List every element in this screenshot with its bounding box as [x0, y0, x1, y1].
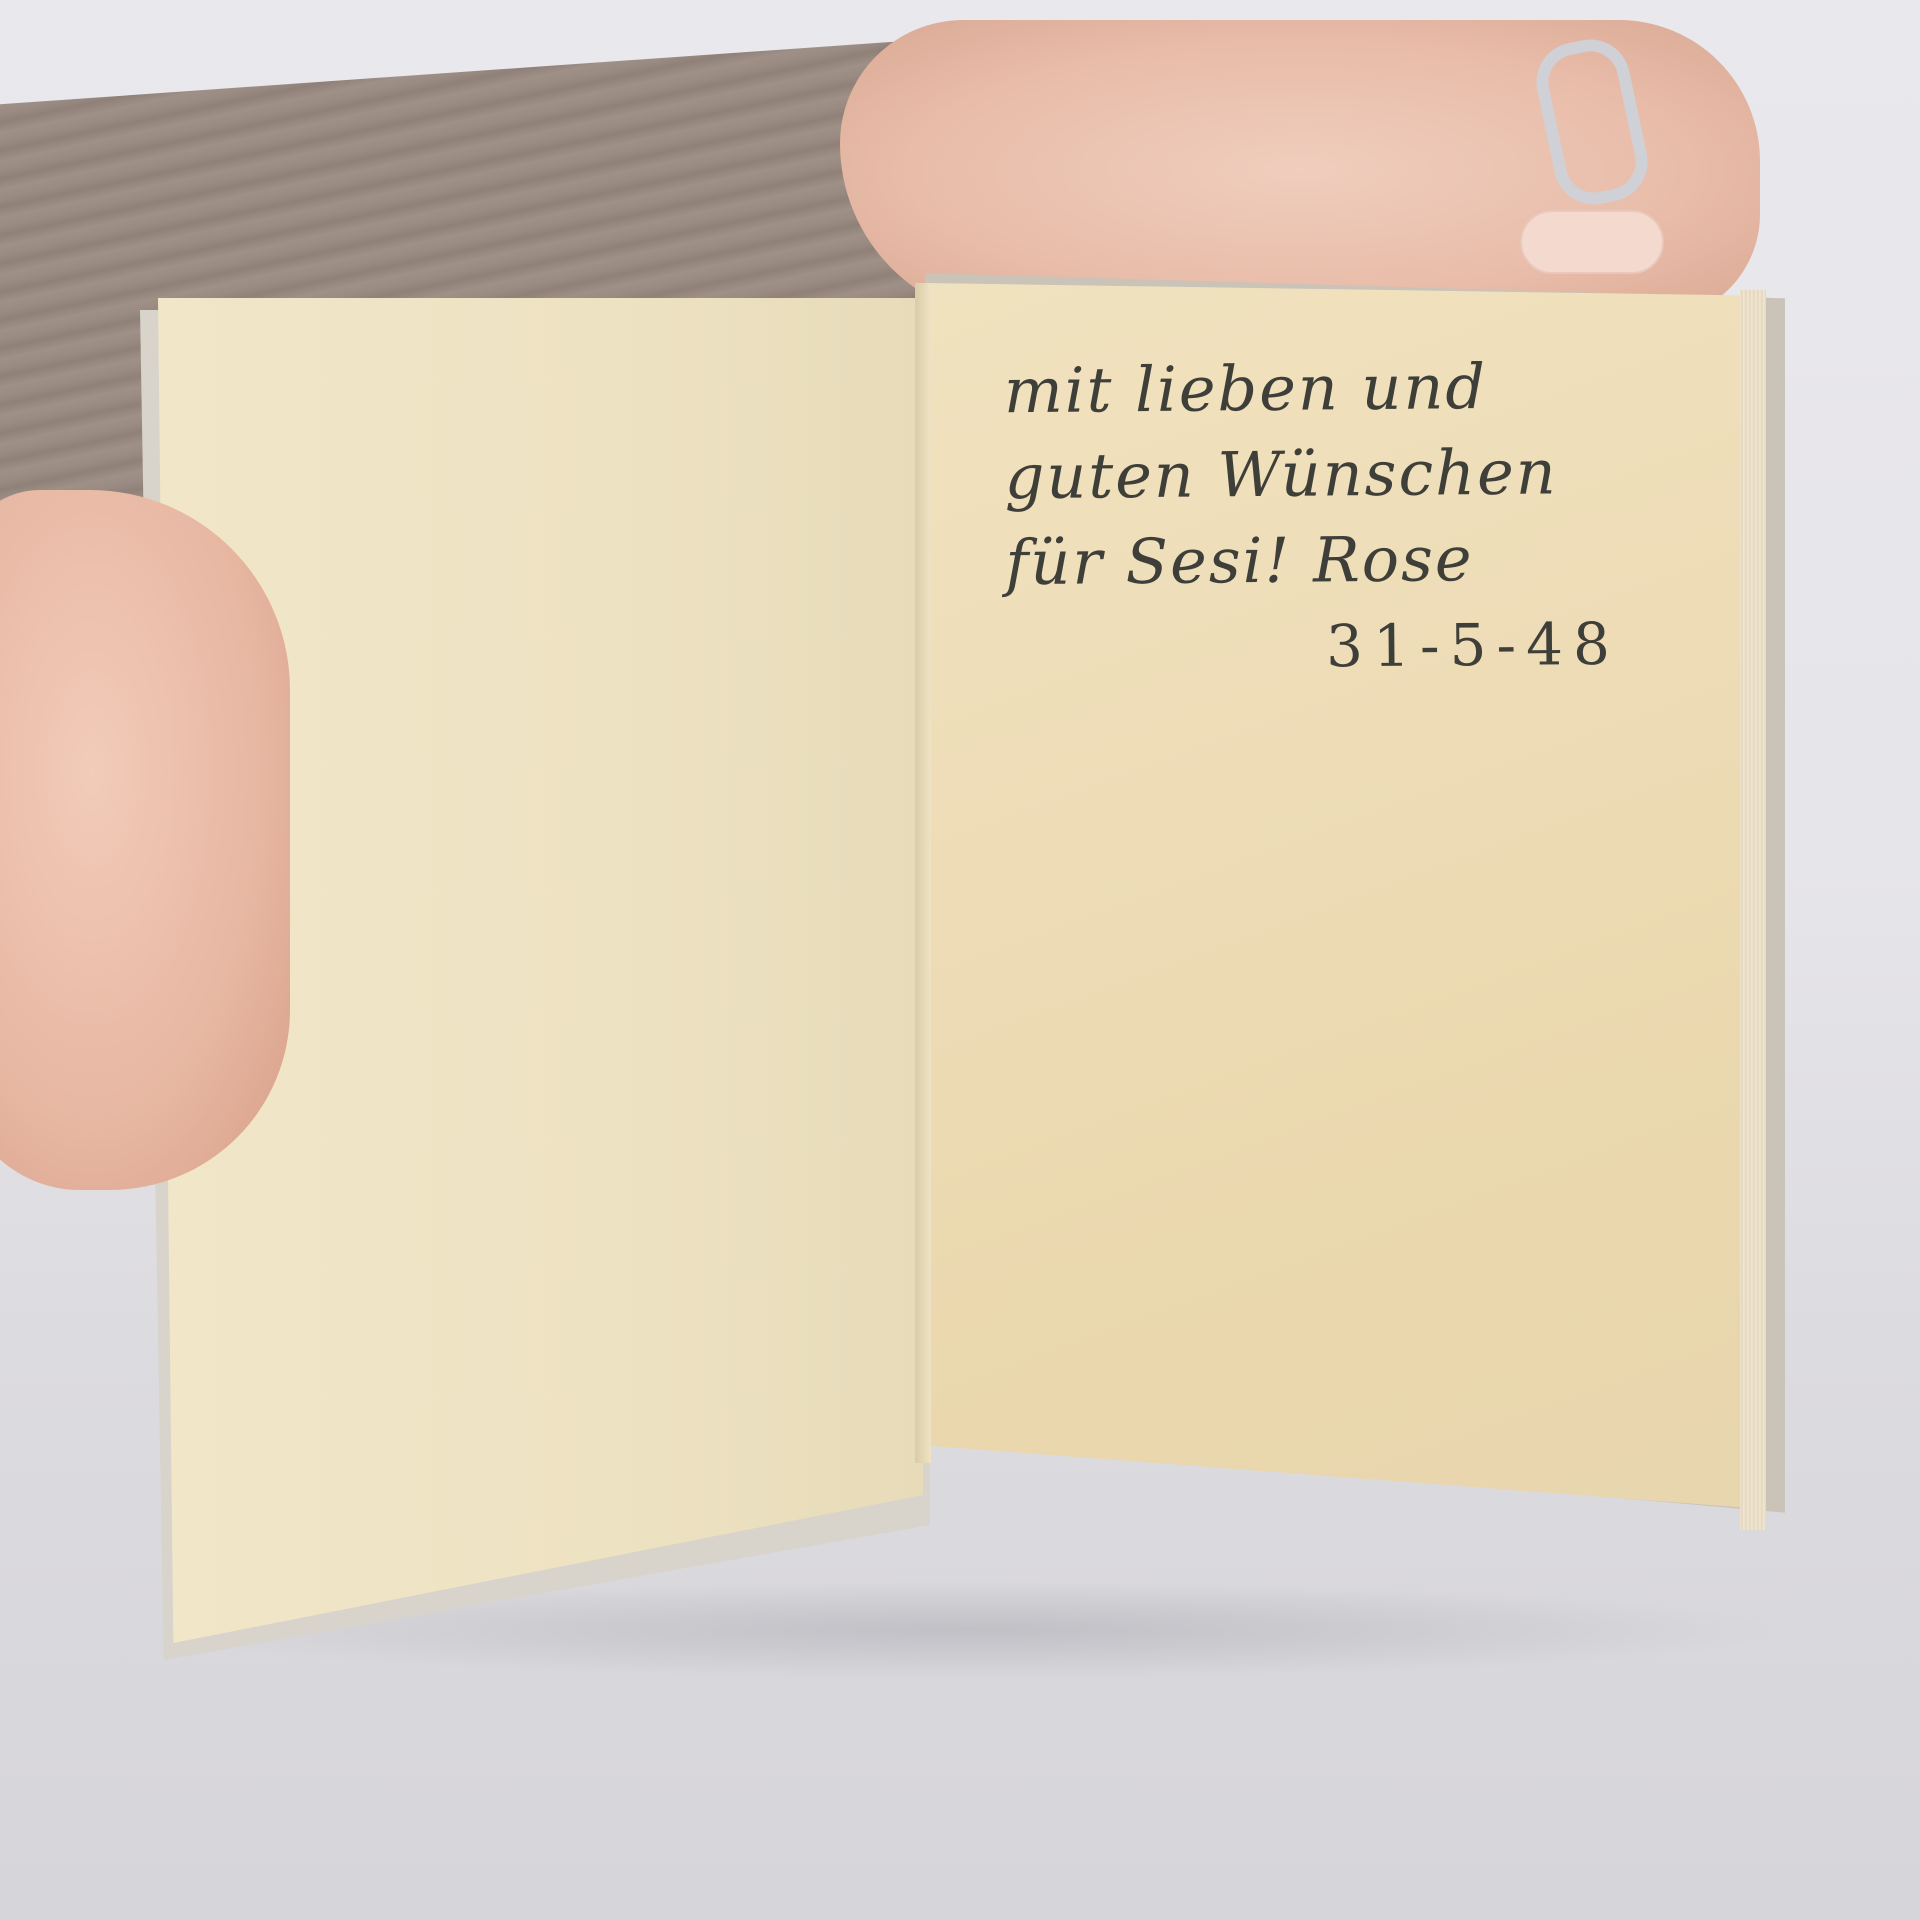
fingernail	[1520, 210, 1664, 274]
photo-scene: mit lieben und guten Wünschen für Sesi! …	[0, 0, 1920, 1920]
inscription-line-1: mit lieben und	[1004, 342, 1745, 434]
left-hand	[0, 490, 290, 1190]
book-gutter	[915, 283, 931, 1463]
inscription-line-3: für Sesi! Rose	[1005, 514, 1746, 606]
inscription-line-2: guten Wünschen	[1004, 428, 1745, 520]
handwritten-inscription: mit lieben und guten Wünschen für Sesi! …	[1004, 342, 1747, 692]
inscription-date: 31-5-48	[1006, 600, 1747, 692]
